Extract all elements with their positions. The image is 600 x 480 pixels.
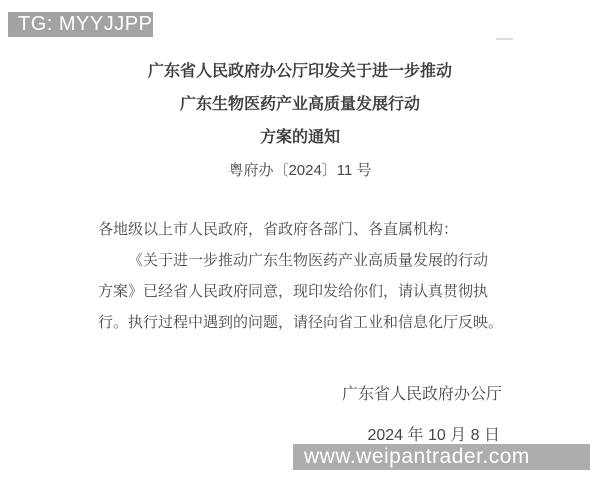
salutation-line: 各地级以上市人民政府，省政府各部门、各直属机构： xyxy=(98,214,528,245)
body-line-2: 方案》已经省人民政府同意，现印发给你们，请认真贯彻执 xyxy=(98,276,528,307)
document-body: 各地级以上市人民政府，省政府各部门、各直属机构： 《关于进一步推动广东生物医药产… xyxy=(98,214,528,338)
document-title: 广东省人民政府办公厅印发关于进一步推动 广东生物医药产业高质量发展行动 方案的通… xyxy=(0,55,600,187)
title-line-1: 广东省人民政府办公厅印发关于进一步推动 xyxy=(0,55,600,88)
issue-date: 2024 年 10 月 8 日 xyxy=(367,422,500,445)
telegram-handle-badge: TG: MYYJJPP xyxy=(8,12,153,37)
dash-artifact xyxy=(496,38,513,40)
document-page: TG: MYYJJPP 广东省人民政府办公厅印发关于进一步推动 广东生物医药产业… xyxy=(0,0,600,480)
title-line-3: 方案的通知 xyxy=(0,121,600,154)
issuer-signature: 广东省人民政府办公厅 xyxy=(342,381,502,404)
title-line-2: 广东生物医药产业高质量发展行动 xyxy=(0,88,600,121)
body-line-1: 《关于进一步推动广东生物医药产业高质量发展的行动 xyxy=(98,245,528,276)
watermark-url-bar: www.weipantrader.com xyxy=(293,444,590,470)
body-line-3: 行。执行过程中遇到的问题，请径向省工业和信息化厅反映。 xyxy=(98,307,528,338)
document-number: 粤府办〔2024〕11 号 xyxy=(0,154,600,187)
